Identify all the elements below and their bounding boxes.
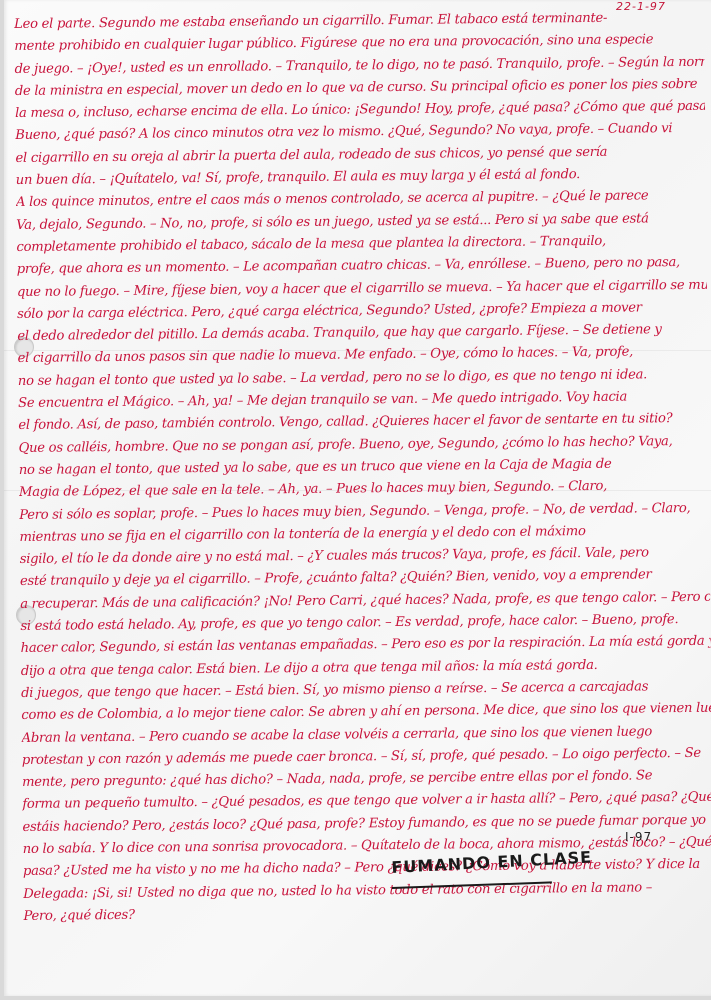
handwritten-page: 22-1-97 Leo el parte. Segundo me estaba … <box>4 0 711 996</box>
handwritten-body: Leo el parte. Segundo me estaba enseñand… <box>14 7 711 928</box>
document-reference: I-97 <box>625 830 652 844</box>
